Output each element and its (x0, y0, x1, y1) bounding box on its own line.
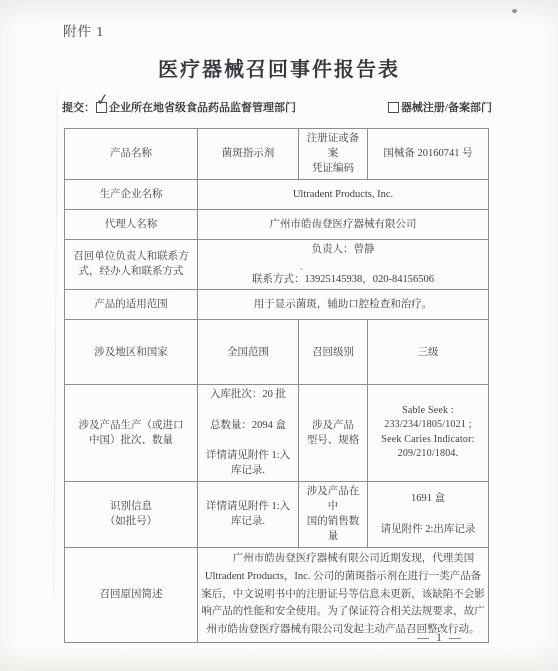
page-title: 医疗器械召回事件报告表 (0, 53, 558, 82)
cell-reason-value: 广州市皓齿登医疗器械有限公司近期发现，代理美国 Ultradent Produc… (198, 547, 489, 642)
page-number: — 1 — (403, 630, 477, 645)
cell-models-label: 涉及产品 型号、规格 (299, 385, 368, 481)
scan-speck (512, 9, 517, 13)
table-row: 涉及地区和国家 全国范围 召回级别 三级 (65, 320, 489, 385)
cell-scope-value: 用于显示菌斑，辅助口腔检查和治疗。 (198, 290, 489, 320)
submit-option-registration-label: 器械注册/备案部门 (401, 99, 492, 115)
submit-label: 提交： (62, 99, 95, 115)
check-mark-icon: ✓ (95, 92, 111, 110)
cell-agent-label: 代理人名称 (65, 209, 198, 239)
cell-identification-label: 识别信息 （如批号） (65, 481, 198, 547)
checkbox-provincial-fda[interactable]: ✓ (96, 102, 107, 113)
checkbox-registration-dept[interactable] (388, 102, 399, 113)
submit-option-provincial: 提交： ✓ 企业所在地省级食品药品监督管理部门 (62, 99, 296, 115)
cell-reason-label: 召回原因简述 (65, 547, 198, 642)
table-row: 产品名称 菌斑指示剂 注册证或备案 凭证编码 国械备 20160741 号 (65, 129, 489, 180)
cell-product-name-label: 产品名称 (65, 129, 198, 180)
cell-contact-value: 负责人：曾静 联系方式：13925145938，020-84156506 (198, 239, 489, 290)
cell-models-value: Sable Seek : 233/234/1805/1021 ; Seek Ca… (368, 385, 489, 481)
recall-report-table: 产品名称 菌斑指示剂 注册证或备案 凭证编码 国械备 20160741 号 生产… (64, 128, 489, 643)
cell-sales-label: 涉及产品在中 国的销售数量 (299, 481, 368, 547)
table-row: 涉及产品生产（或进口 中国）批次、数量 入库批次：20 批 总数量：2094 盒… (65, 385, 489, 481)
table-row: 代理人名称 广州市皓齿登医疗器械有限公司 (65, 209, 489, 239)
cell-product-name-value: 菌斑指示剂 (198, 129, 299, 180)
table-row: 召回单位负责人和联系方 式，经办人和联系方式 负责人：曾静 联系方式：13925… (65, 239, 489, 290)
cell-registration-value: 国械备 20160741 号 (368, 129, 489, 180)
submit-row: 提交： ✓ 企业所在地省级食品药品监督管理部门 器械注册/备案部门 (62, 99, 492, 115)
cell-batches-label: 涉及产品生产（或进口 中国）批次、数量 (65, 385, 198, 481)
table-row: 生产企业名称 Ultradent Products, Inc. (65, 179, 489, 209)
table-row: 产品的适用范围 用于显示菌斑，辅助口腔检查和治疗。 (65, 290, 489, 320)
cell-recall-level-label: 召回级别 (299, 320, 368, 385)
reason-paragraph: 广州市皓齿登医疗器械有限公司近期发现，代理美国 Ultradent Produc… (201, 550, 485, 639)
cell-scope-label: 产品的适用范围 (65, 290, 198, 320)
cell-registration-label: 注册证或备案 凭证编码 (299, 129, 368, 180)
cell-agent-value: 广州市皓齿登医疗器械有限公司 (198, 209, 489, 239)
cell-batches-value: 入库批次：20 批 总数量：2094 盒 详情请见附件 1:入库记录. (198, 385, 299, 481)
cell-sales-value: 1691 盒 请见附件 2:出库记录 (368, 481, 489, 547)
scan-fold-line (53, 92, 58, 597)
cell-recall-level-value: 三级 (368, 320, 489, 385)
cell-contact-label: 召回单位负责人和联系方 式，经办人和联系方式 (65, 239, 198, 290)
submit-option-provincial-label: 企业所在地省级食品药品监督管理部门 (109, 99, 296, 115)
table-row: 召回原因简述 广州市皓齿登医疗器械有限公司近期发现，代理美国 Ultradent… (65, 547, 489, 642)
cell-manufacturer-label: 生产企业名称 (65, 179, 198, 209)
submit-option-registration: 器械注册/备案部门 (387, 99, 492, 115)
table-row: 识别信息 （如批号） 详情请见附件 1:入库记录. 涉及产品在中 国的销售数量 … (65, 481, 489, 547)
attachment-label: 附件 1 (63, 20, 104, 40)
document-page: 附件 1 医疗器械召回事件报告表 提交： ✓ 企业所在地省级食品药品监督管理部门… (0, 0, 558, 671)
cell-region-value: 全国范围 (198, 320, 299, 385)
cell-identification-value: 详情请见附件 1:入库记录. (198, 481, 299, 547)
cell-manufacturer-value: Ultradent Products, Inc. (198, 179, 489, 209)
cell-region-label: 涉及地区和国家 (65, 320, 198, 385)
